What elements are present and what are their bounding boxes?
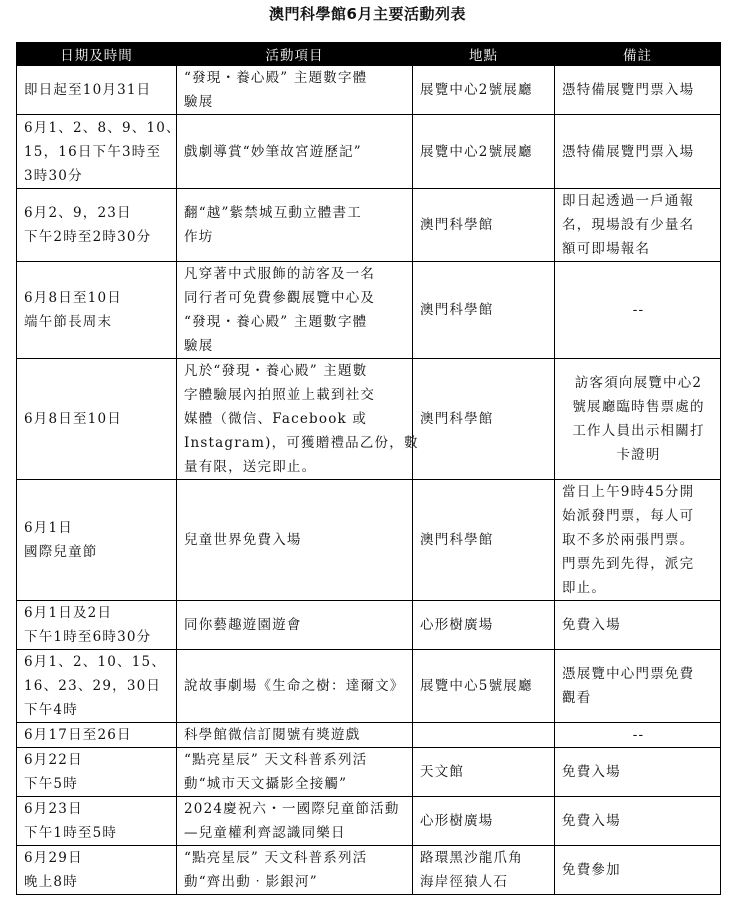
- remarks-cell: 免費入場: [555, 601, 721, 650]
- date-cell-line: 下午5時: [24, 772, 171, 796]
- activity-cell: “發現・養心殿” 主題數字體驗展: [177, 66, 413, 115]
- remarks-cell-line: 免費參加: [562, 858, 715, 882]
- remarks-cell-line: 憑特備展覽門票入場: [562, 140, 715, 164]
- activity-cell: 翻“越”紫禁城互動立體書工作坊: [177, 189, 413, 262]
- venue-cell-line: 澳門科學館: [420, 298, 549, 322]
- activity-cell-line: “發現・養心殿” 主題數字體: [184, 66, 407, 90]
- remarks-cell-line: 卡證明: [562, 443, 715, 467]
- date-cell-line: 下午4時: [24, 698, 171, 722]
- remarks-cell: 當日上午9時45分開始派發門票，每人可取不多於兩張門票。門票先到先得，派完即止。: [555, 480, 721, 601]
- venue-cell-line: 展覽中心2號展廳: [420, 78, 549, 102]
- remarks-cell-line: --: [562, 298, 715, 322]
- date-cell: 6月8日至10日: [17, 359, 177, 480]
- date-cell: 6月29日晚上8時: [17, 846, 177, 895]
- activity-cell-line: 字體驗展內拍照並上載到社交: [184, 383, 407, 407]
- remarks-cell: 憑特備展覽門票入場: [555, 66, 721, 115]
- header-venue: 地點: [413, 43, 555, 66]
- activity-cell-line: “發現・養心殿” 主題數字體: [184, 310, 407, 334]
- date-cell-line: 即日起至10月31日: [24, 78, 171, 102]
- venue-cell-line: 澳門科學館: [420, 407, 549, 431]
- venue-cell-line: 展覽中心2號展廳: [420, 140, 549, 164]
- remarks-cell-line: 憑展覽中心門票免費: [562, 662, 715, 686]
- remarks-cell-line: 免費入場: [562, 613, 715, 637]
- table-row: 6月1日國際兒童節兒童世界免費入場澳門科學館當日上午9時45分開始派發門票，每人…: [17, 480, 721, 601]
- activity-cell-line: 量有限，送完即止。: [184, 455, 407, 479]
- table-row: 6月1、2、10、15、16、23、29，30日下午4時說故事劇場《生命之樹：達…: [17, 650, 721, 723]
- page-title: 澳門科學館6月主要活動列表: [0, 3, 735, 24]
- activity-cell-line: 同你藝趣遊園遊會: [184, 613, 407, 637]
- activity-cell: 兒童世界免費入場: [177, 480, 413, 601]
- date-cell-line: 6月23日: [24, 797, 171, 821]
- date-cell-line: 3時30分: [24, 164, 171, 188]
- date-cell-line: 晚上8時: [24, 870, 171, 894]
- venue-cell: 心形樹廣場: [413, 797, 555, 846]
- date-cell-line: 國際兒童節: [24, 540, 171, 564]
- venue-cell: 展覽中心2號展廳: [413, 66, 555, 115]
- activity-cell-line: 同行者可免費參觀展覽中心及: [184, 286, 407, 310]
- activity-cell: 戲劇導賞“妙筆故宮遊歷記”: [177, 115, 413, 189]
- table-row: 6月8日至10日凡於“發現・養心殿” 主題數字體驗展內拍照並上載到社交媒體（微信…: [17, 359, 721, 480]
- activity-cell-line: 凡於“發現・養心殿” 主題數: [184, 359, 407, 383]
- date-cell-line: 下午1時至6時30分: [24, 625, 171, 649]
- remarks-cell: 免費入場: [555, 797, 721, 846]
- table-row: 6月23日下午1時至5時2024慶祝六・一國際兒童節活動—兒童權利齊認識同樂日心…: [17, 797, 721, 846]
- venue-cell-line: 路環黑沙龍爪角: [420, 846, 549, 870]
- events-table: 日期及時間 活動項目 地點 備註 即日起至10月31日“發現・養心殿” 主題數字…: [16, 42, 721, 895]
- venue-cell: 路環黑沙龍爪角海岸徑猿人石: [413, 846, 555, 895]
- activity-cell: 同你藝趣遊園遊會: [177, 601, 413, 650]
- remarks-cell-line: 額可即場報名: [562, 237, 715, 261]
- header-activity: 活動項目: [177, 43, 413, 66]
- remarks-cell-line: 即日起透過一戶通報: [562, 189, 715, 213]
- date-cell: 6月2、9，23日下午2時至2時30分: [17, 189, 177, 262]
- remarks-cell-line: 當日上午9時45分開: [562, 480, 715, 504]
- venue-cell: 澳門科學館: [413, 480, 555, 601]
- venue-cell-line: 澳門科學館: [420, 213, 549, 237]
- date-cell: 6月1、2、8、9、10、15，16日下午3時至3時30分: [17, 115, 177, 189]
- remarks-cell-line: 號展廳臨時售票處的: [562, 395, 715, 419]
- activity-cell-line: —兒童權利齊認識同樂日: [184, 821, 407, 845]
- remarks-cell-line: --: [562, 723, 715, 747]
- venue-cell: 澳門科學館: [413, 189, 555, 262]
- activity-cell-line: Instagram)，可獲贈禮品乙份，數: [184, 431, 407, 455]
- date-cell-line: 6月8日至10日: [24, 407, 171, 431]
- remarks-cell-line: 工作人員出示相關打: [562, 419, 715, 443]
- remarks-cell-line: 免費入場: [562, 809, 715, 833]
- activity-cell-line: 凡穿著中式服飾的訪客及一名: [184, 262, 407, 286]
- activity-cell: 凡於“發現・養心殿” 主題數字體驗展內拍照並上載到社交媒體（微信、Faceboo…: [177, 359, 413, 480]
- header-date: 日期及時間: [17, 43, 177, 66]
- venue-cell: 澳門科學館: [413, 262, 555, 359]
- date-cell: 6月17日至26日: [17, 723, 177, 748]
- activity-cell-line: “點亮星辰” 天文科普系列活: [184, 748, 407, 772]
- activity-cell: 科學館微信訂閱號有獎遊戲: [177, 723, 413, 748]
- remarks-cell-line: 即止。: [562, 576, 715, 600]
- venue-cell: 展覽中心5號展廳: [413, 650, 555, 723]
- table-row: 6月17日至26日科學館微信訂閱號有獎遊戲--: [17, 723, 721, 748]
- activity-cell-line: 驗展: [184, 334, 407, 358]
- date-cell: 6月23日下午1時至5時: [17, 797, 177, 846]
- date-cell-line: 6月1、2、10、15、: [24, 650, 171, 674]
- activity-cell-line: 驗展: [184, 90, 407, 114]
- table-row: 即日起至10月31日“發現・養心殿” 主題數字體驗展展覽中心2號展廳憑特備展覽門…: [17, 66, 721, 115]
- date-cell-line: 6月8日至10日: [24, 286, 171, 310]
- date-cell-line: 6月29日: [24, 846, 171, 870]
- venue-cell: 心形樹廣場: [413, 601, 555, 650]
- activity-cell-line: 作坊: [184, 225, 407, 249]
- table-row: 6月22日下午5時“點亮星辰” 天文科普系列活動“城市天文攝影全接觸”天文館免費…: [17, 748, 721, 797]
- remarks-cell: 訪客須向展覽中心2號展廳臨時售票處的工作人員出示相關打卡證明: [555, 359, 721, 480]
- remarks-cell-line: 訪客須向展覽中心2: [562, 371, 715, 395]
- remarks-cell-line: 始派發門票，每人可: [562, 504, 715, 528]
- activity-cell: 2024慶祝六・一國際兒童節活動—兒童權利齊認識同樂日: [177, 797, 413, 846]
- remarks-cell: 憑特備展覽門票入場: [555, 115, 721, 189]
- activity-cell-line: “點亮星辰” 天文科普系列活: [184, 846, 407, 870]
- date-cell-line: 6月1日: [24, 516, 171, 540]
- venue-cell-line: 心形樹廣場: [420, 809, 549, 833]
- date-cell: 即日起至10月31日: [17, 66, 177, 115]
- table-row: 6月1、2、8、9、10、15，16日下午3時至3時30分戲劇導賞“妙筆故宮遊歷…: [17, 115, 721, 189]
- table-row: 6月2、9，23日下午2時至2時30分翻“越”紫禁城互動立體書工作坊澳門科學館即…: [17, 189, 721, 262]
- date-cell: 6月1日及2日下午1時至6時30分: [17, 601, 177, 650]
- remarks-cell: 即日起透過一戶通報名，現場設有少量名額可即場報名: [555, 189, 721, 262]
- date-cell-line: 下午1時至5時: [24, 821, 171, 845]
- activity-cell-line: 動“齊出動‧影銀河”: [184, 870, 407, 894]
- activity-cell-line: 2024慶祝六・一國際兒童節活動: [184, 797, 407, 821]
- remarks-cell-line: 觀看: [562, 686, 715, 710]
- date-cell-line: 6月2、9，23日: [24, 201, 171, 225]
- activity-cell-line: 兒童世界免費入場: [184, 528, 407, 552]
- table-row: 6月29日晚上8時“點亮星辰” 天文科普系列活動“齊出動‧影銀河”路環黑沙龍爪角…: [17, 846, 721, 895]
- activity-cell-line: 動“城市天文攝影全接觸”: [184, 772, 407, 796]
- date-cell-line: 下午2時至2時30分: [24, 225, 171, 249]
- date-cell-line: 15，16日下午3時至: [24, 140, 171, 164]
- header-remarks: 備註: [555, 43, 721, 66]
- remarks-cell-line: 取不多於兩張門票。: [562, 528, 715, 552]
- date-cell-line: 6月1、2、8、9、10、: [24, 116, 171, 140]
- venue-cell-line: 澳門科學館: [420, 528, 549, 552]
- activity-cell-line: 翻“越”紫禁城互動立體書工: [184, 201, 407, 225]
- activity-cell: “點亮星辰” 天文科普系列活動“齊出動‧影銀河”: [177, 846, 413, 895]
- venue-cell: 展覽中心2號展廳: [413, 115, 555, 189]
- date-cell-line: 6月22日: [24, 748, 171, 772]
- date-cell: 6月1日國際兒童節: [17, 480, 177, 601]
- venue-cell-line: 天文館: [420, 760, 549, 784]
- table-row: 6月8日至10日端午節長周末凡穿著中式服飾的訪客及一名同行者可免費參觀展覽中心及…: [17, 262, 721, 359]
- venue-cell-line: 展覽中心5號展廳: [420, 674, 549, 698]
- date-cell: 6月1、2、10、15、16、23、29，30日下午4時: [17, 650, 177, 723]
- table-header-row: 日期及時間 活動項目 地點 備註: [17, 43, 721, 66]
- table-body: 即日起至10月31日“發現・養心殿” 主題數字體驗展展覽中心2號展廳憑特備展覽門…: [17, 66, 721, 895]
- activity-cell: “點亮星辰” 天文科普系列活動“城市天文攝影全接觸”: [177, 748, 413, 797]
- activity-cell-line: 說故事劇場《生命之樹：達爾文》: [184, 674, 407, 698]
- remarks-cell: 免費參加: [555, 846, 721, 895]
- remarks-cell-line: 門票先到先得，派完: [562, 552, 715, 576]
- venue-cell-line: 心形樹廣場: [420, 613, 549, 637]
- remarks-cell: 憑展覽中心門票免費觀看: [555, 650, 721, 723]
- venue-cell: 天文館: [413, 748, 555, 797]
- activity-cell: 凡穿著中式服飾的訪客及一名同行者可免費參觀展覽中心及“發現・養心殿” 主題數字體…: [177, 262, 413, 359]
- date-cell-line: 6月17日至26日: [24, 723, 171, 747]
- venue-cell: 澳門科學館: [413, 359, 555, 480]
- date-cell-line: 端午節長周末: [24, 310, 171, 334]
- venue-cell-line: 海岸徑猿人石: [420, 870, 549, 894]
- remarks-cell-line: 憑特備展覽門票入場: [562, 78, 715, 102]
- table-row: 6月1日及2日下午1時至6時30分同你藝趣遊園遊會心形樹廣場免費入場: [17, 601, 721, 650]
- date-cell: 6月22日下午5時: [17, 748, 177, 797]
- date-cell-line: 16、23、29，30日: [24, 674, 171, 698]
- activity-cell-line: 媒體（微信、Facebook 或: [184, 407, 407, 431]
- activity-cell: 說故事劇場《生命之樹：達爾文》: [177, 650, 413, 723]
- activity-cell-line: 戲劇導賞“妙筆故宮遊歷記”: [184, 140, 407, 164]
- remarks-cell-line: 名，現場設有少量名: [562, 213, 715, 237]
- remarks-cell: 免費入場: [555, 748, 721, 797]
- venue-cell: [413, 723, 555, 748]
- activity-cell-line: 科學館微信訂閱號有獎遊戲: [184, 723, 407, 747]
- remarks-cell: --: [555, 262, 721, 359]
- date-cell: 6月8日至10日端午節長周末: [17, 262, 177, 359]
- date-cell-line: 6月1日及2日: [24, 601, 171, 625]
- remarks-cell-line: 免費入場: [562, 760, 715, 784]
- remarks-cell: --: [555, 723, 721, 748]
